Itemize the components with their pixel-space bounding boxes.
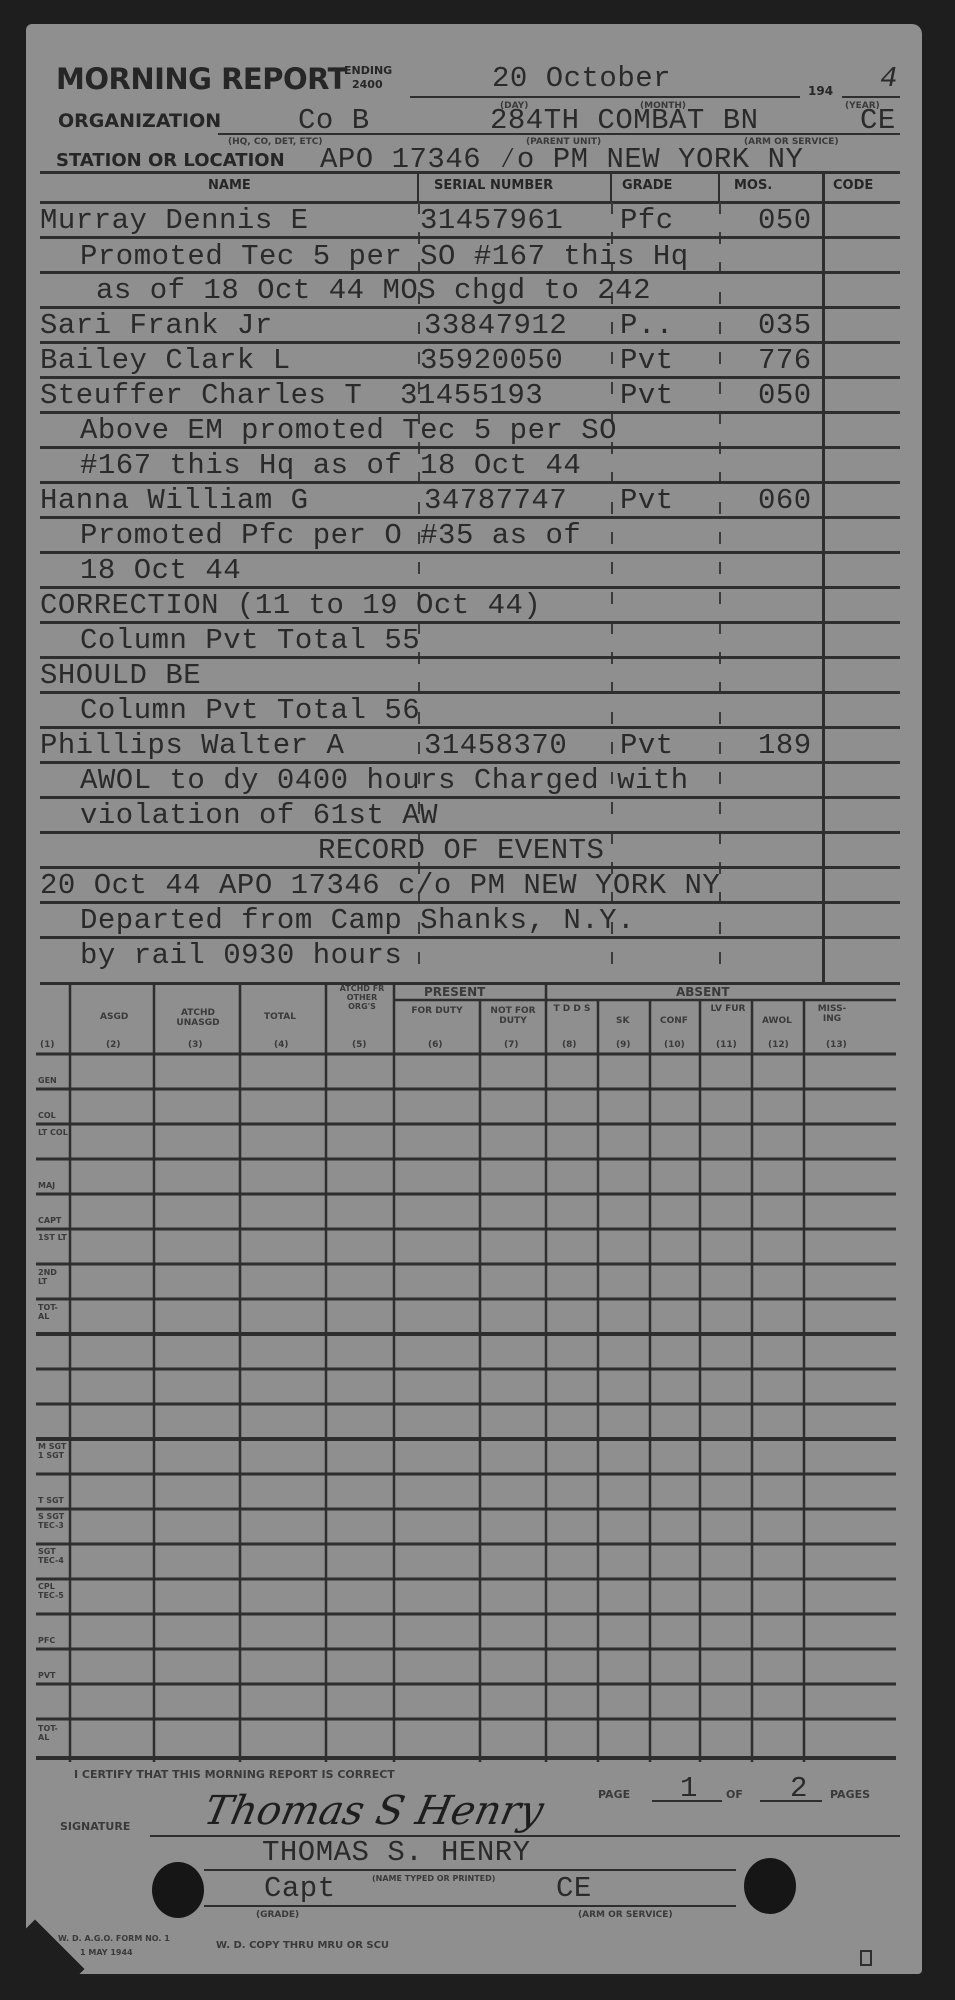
year-prefix: 194	[808, 84, 833, 98]
entry-note: Above EM promoted Tec 5 per SO	[80, 414, 617, 447]
present-group-header: PRESENT	[424, 985, 485, 999]
entry-serial: 33847912	[424, 309, 567, 342]
copy-note: W. D. COPY THRU MRU OR SCU	[216, 1940, 389, 1951]
entry-grade: Pvt	[620, 484, 674, 517]
rule	[40, 411, 900, 414]
entry-serial: 31455193	[400, 379, 543, 412]
entry-note: violation of 61st AW	[80, 799, 438, 832]
row-label: LT COL	[38, 1128, 68, 1137]
grade-dashed-guide	[611, 202, 613, 982]
col-num: (7)	[504, 1040, 519, 1050]
entry-grade: Pvt	[620, 729, 674, 762]
col-num: (8)	[562, 1040, 577, 1050]
entry-note: Promoted Tec 5 per SO #167 this Hq	[80, 240, 689, 273]
ending-label: ENDING	[344, 64, 392, 77]
col-not-for-duty: NOT FOR DUTY	[482, 1006, 544, 1026]
col-for-duty: FOR DUTY	[402, 1006, 472, 1016]
entry-mos: 035	[758, 309, 812, 342]
rule	[40, 236, 900, 239]
form-title: MORNING REPORT	[56, 62, 347, 96]
rule	[40, 271, 900, 274]
entry-grade: Pfc	[620, 204, 674, 237]
row-label: GEN	[38, 1076, 68, 1085]
entry-note: Column Pvt Total 56	[80, 694, 420, 727]
entry-note: Promoted Pfc per O #35 as of	[80, 519, 581, 552]
col-sk: SK	[616, 1016, 629, 1026]
name-caption: (NAME TYPED OR PRINTED)	[372, 1874, 495, 1883]
rule	[40, 376, 900, 379]
entry-note: as of 18 Oct 44 MOS chgd to 242	[96, 274, 651, 307]
arm-caption: (ARM OR SERVICE)	[578, 1910, 673, 1920]
name-underline	[204, 1869, 736, 1871]
col-num: (5)	[352, 1040, 367, 1050]
code-column-border	[822, 172, 825, 982]
rule	[40, 551, 900, 554]
event-line: Departed from Camp Shanks, N.Y.	[80, 904, 635, 937]
col-missing: MISS-ING	[810, 1004, 854, 1024]
rule	[40, 796, 900, 799]
grade-underline	[204, 1905, 736, 1907]
col-conf: CONF	[660, 1016, 688, 1026]
col-num: (1)	[40, 1040, 55, 1050]
entry-mos: 050	[758, 204, 812, 237]
certification-text: I CERTIFY THAT THIS MORNING REPORT IS CO…	[74, 1768, 395, 1781]
organization-label: ORGANIZATION	[58, 110, 221, 132]
entry-note: #167 this Hq as of 18 Oct 44	[80, 449, 581, 482]
col-code: CODE	[833, 178, 873, 193]
entry-serial: 31457961	[420, 204, 563, 237]
rule	[40, 481, 900, 484]
strength-grid-lines	[36, 982, 896, 1762]
event-line: 20 Oct 44 APO 17346 c/o PM NEW YORK NY	[40, 869, 720, 902]
date-value: 20 October	[492, 62, 671, 95]
punch-hole-right	[744, 1858, 796, 1914]
form-number: W. D. A.G.O. FORM NO. 1	[58, 1934, 170, 1943]
col-grade: GRADE	[622, 178, 672, 193]
col-name: NAME	[208, 178, 251, 193]
col-sep	[718, 172, 720, 202]
strength-table: PRESENT ABSENT ASGD ATCHD UNASGD TOTAL A…	[36, 982, 896, 1762]
row-label: 2ND LT	[38, 1268, 68, 1286]
punch-hole-left	[152, 1862, 204, 1918]
absent-group-header: ABSENT	[676, 985, 730, 999]
rule	[40, 866, 900, 869]
signature: Thomas S Henry	[200, 1788, 547, 1834]
rule	[40, 691, 900, 694]
entry-grade: Pvt	[620, 344, 674, 377]
row-label: SGT TEC-4	[38, 1547, 68, 1565]
row-label: T SGT	[38, 1496, 68, 1505]
entry-serial: 34787747	[424, 484, 567, 517]
entry-mos: 776	[758, 344, 812, 377]
arm-value: CE	[556, 1872, 592, 1905]
col-atchd-unasgd: ATCHD UNASGD	[166, 1008, 230, 1028]
signature-label: SIGNATURE	[60, 1820, 130, 1833]
row-label: S SGT TEC-3	[38, 1512, 68, 1530]
row-label: COL	[38, 1111, 68, 1120]
rule	[40, 726, 900, 729]
col-sep	[610, 172, 612, 202]
year-underline	[842, 96, 900, 98]
col-num: (4)	[274, 1040, 289, 1050]
date-underline	[410, 96, 800, 98]
col-asgd: ASGD	[100, 1012, 128, 1022]
col-num: (11)	[716, 1040, 737, 1050]
station-label: STATION OR LOCATION	[56, 150, 285, 171]
row-label: PVT	[38, 1671, 68, 1680]
mos-dashed-guide	[719, 202, 721, 982]
correction-heading: CORRECTION (11 to 19 Oct 44)	[40, 589, 541, 622]
rule	[40, 936, 900, 939]
col-num: (3)	[188, 1040, 203, 1050]
form-date: 1 MAY 1944	[80, 1948, 133, 1957]
col-num: (9)	[616, 1040, 631, 1050]
entry-mos: 060	[758, 484, 812, 517]
entry-mos: 050	[758, 379, 812, 412]
row-label: CAPT	[38, 1216, 68, 1225]
col-sep	[417, 172, 419, 202]
of-label: OF	[726, 1788, 743, 1801]
entry-grade: Pvt	[620, 379, 674, 412]
rule	[40, 901, 900, 904]
row-label: TOT-AL	[38, 1303, 68, 1321]
col-num: (6)	[428, 1040, 443, 1050]
row-label: M SGT 1 SGT	[38, 1442, 68, 1460]
entry-name: Hanna William G	[40, 484, 309, 517]
col-num: (10)	[664, 1040, 685, 1050]
entry-note: 18 Oct 44	[80, 554, 241, 587]
col-mos: MOS.	[734, 178, 772, 193]
typed-name: THOMAS S. HENRY	[262, 1836, 531, 1869]
page-underline	[652, 1800, 722, 1802]
grade-value: Capt	[264, 1872, 336, 1905]
entry-name: Bailey Clark L	[40, 344, 291, 377]
record-of-events-heading: RECORD OF EVENTS	[318, 834, 604, 867]
page-label: PAGE	[598, 1788, 630, 1801]
entry-mos: 189	[758, 729, 812, 762]
entry-grade: P..	[620, 309, 674, 342]
rule	[40, 656, 900, 659]
row-label: TOT-AL	[38, 1724, 68, 1742]
entry-serial: 35920050	[420, 344, 563, 377]
should-be-heading: SHOULD BE	[40, 659, 201, 692]
rule	[40, 306, 900, 309]
ending-time-label: 2400	[352, 78, 383, 91]
col-tdds: T D D S	[550, 1004, 594, 1014]
col-total: TOTAL	[264, 1012, 296, 1022]
col-lv-fur: LV FUR	[708, 1004, 748, 1014]
entry-name: Steuffer Charles T	[40, 379, 362, 412]
entry-note: Column Pvt Total 55	[80, 624, 420, 657]
entry-name: Phillips Walter A	[40, 729, 344, 762]
row-label: MAJ	[38, 1181, 68, 1190]
pages-label: PAGES	[830, 1788, 870, 1801]
rule	[40, 446, 900, 449]
rule	[40, 586, 900, 589]
pages-underline	[760, 1800, 822, 1802]
rule	[40, 621, 900, 624]
col-atchd-other-orgs: ATCHD FR OTHER ORG'S	[332, 984, 392, 1011]
header-divider	[40, 171, 900, 174]
rule	[40, 516, 900, 519]
year-value: 4	[880, 62, 898, 95]
rule	[40, 831, 900, 834]
entry-note: AWOL to dy 0400 hours Charged with	[80, 764, 689, 797]
row-label: CPL TEC-5	[38, 1582, 68, 1600]
event-line: by rail 0930 hours	[80, 939, 402, 972]
col-serial: SERIAL NUMBER	[434, 178, 553, 193]
row-label: 1ST LT	[38, 1233, 68, 1242]
col-awol: AWOL	[762, 1016, 792, 1026]
rule	[40, 761, 900, 764]
entry-name: Sari Frank Jr	[40, 309, 273, 342]
entry-name: Murray Dennis E	[40, 204, 309, 237]
grade-caption: (GRADE)	[256, 1910, 299, 1920]
col-num: (12)	[768, 1040, 789, 1050]
rule	[40, 341, 900, 344]
col-num: (13)	[826, 1040, 847, 1050]
org-caption: (HQ, CO, DET, ETC)	[228, 137, 323, 147]
organization-underline	[218, 133, 900, 135]
checkbox-icon	[860, 1950, 872, 1966]
col-num: (2)	[106, 1040, 121, 1050]
row-label: PFC	[38, 1636, 68, 1645]
entry-serial: 31458370	[424, 729, 567, 762]
